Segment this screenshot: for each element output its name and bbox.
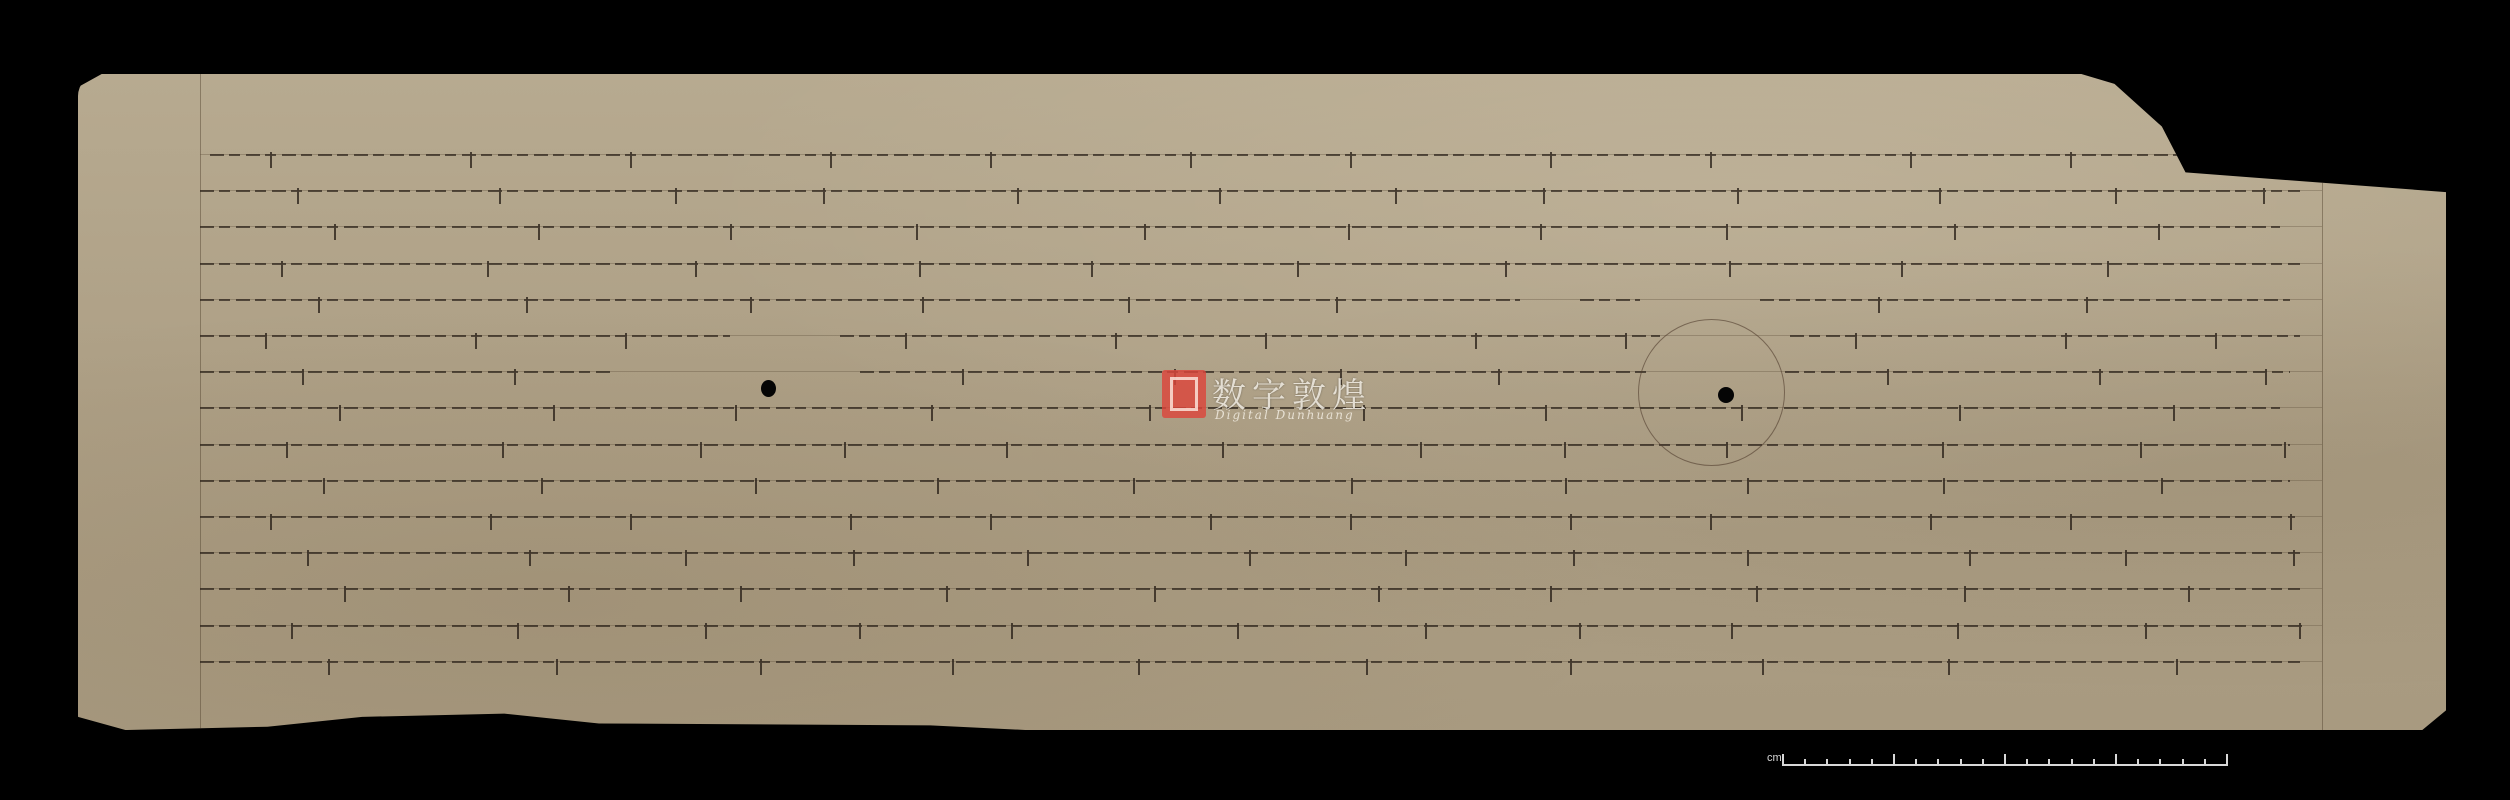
punch-hole-right — [1718, 387, 1734, 403]
scale-tick — [1782, 754, 1784, 766]
tibetan-text-segment — [200, 508, 2295, 538]
scale-tick — [2159, 759, 2161, 766]
tibetan-text-segment — [200, 617, 2305, 647]
tibetan-text-segment — [200, 580, 2300, 610]
scale-unit-label: cm — [1767, 752, 1782, 764]
tibetan-text-segment — [200, 218, 2280, 248]
text-line — [78, 508, 2446, 538]
scale-tick — [2026, 759, 2028, 766]
text-line — [78, 255, 2446, 285]
text-line — [78, 472, 2446, 502]
punch-hole-left — [761, 380, 776, 397]
tibetan-text-segment — [200, 291, 1520, 321]
tibetan-text-segment — [1790, 327, 2300, 357]
scale-tick — [2137, 759, 2139, 766]
scale-tick — [1826, 759, 1828, 766]
text-line — [78, 653, 2446, 683]
tibetan-text-segment — [1760, 291, 2290, 321]
tibetan-text-segment — [200, 255, 2300, 285]
text-line — [78, 182, 2446, 212]
tibetan-text-segment — [200, 327, 730, 357]
tibetan-text-segment — [210, 146, 2300, 176]
scale-tick — [2004, 754, 2006, 766]
scale-tick — [2115, 754, 2117, 766]
text-line — [78, 617, 2446, 647]
text-line — [78, 146, 2446, 176]
tibetan-text-segment — [200, 653, 2300, 683]
text-line — [78, 544, 2446, 574]
string-hole-circle — [1638, 319, 1785, 466]
tibetan-text-segment — [1785, 363, 2290, 393]
tibetan-text-segment — [200, 472, 2290, 502]
scale-tick — [2048, 759, 2050, 766]
scale-tick — [2071, 759, 2073, 766]
scale-tick — [1937, 759, 1939, 766]
scale-bar — [1782, 752, 2228, 766]
text-line — [78, 218, 2446, 248]
scale-tick — [2182, 759, 2184, 766]
text-line — [78, 291, 2446, 321]
digital-dunhuang-seal-icon — [1162, 370, 1206, 418]
scale-tick — [1982, 759, 1984, 766]
text-line — [78, 580, 2446, 610]
tibetan-text-segment — [840, 327, 1660, 357]
scale-tick — [2226, 754, 2228, 766]
scale-tick — [2204, 759, 2206, 766]
text-line — [78, 327, 2446, 357]
scale-tick — [2093, 759, 2095, 766]
scale-tick — [1849, 759, 1851, 766]
watermark-subtitle: Digital Dunhuang — [1215, 408, 1355, 422]
scale-tick — [1960, 759, 1962, 766]
scale-tick — [1893, 754, 1895, 766]
scale-tick — [1871, 759, 1873, 766]
text-line — [78, 436, 2446, 466]
tibetan-text-segment — [200, 544, 2300, 574]
tibetan-text-segment — [200, 182, 2300, 212]
scale-tick — [1804, 759, 1806, 766]
tibetan-text-segment — [200, 363, 610, 393]
scale-tick — [1915, 759, 1917, 766]
tibetan-text-segment — [1580, 291, 1640, 321]
tibetan-text-segment — [200, 436, 2290, 466]
